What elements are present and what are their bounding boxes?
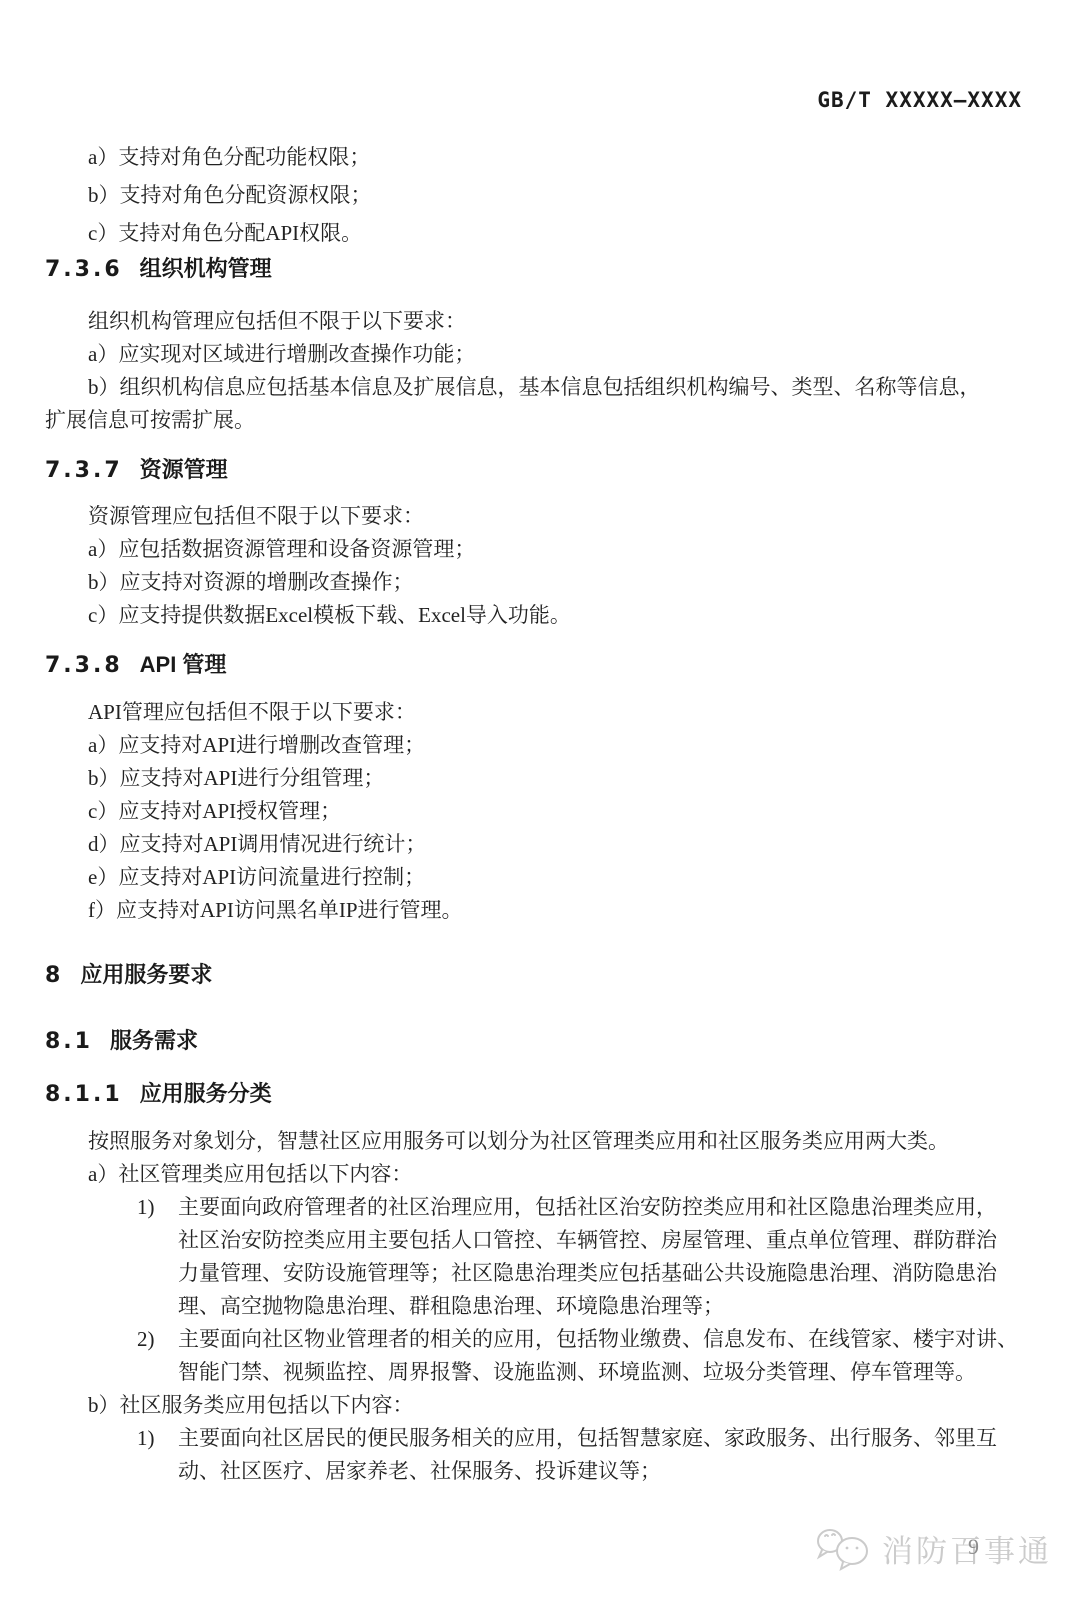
- section-heading-8: 8 应用服务要求: [45, 962, 1022, 989]
- doc-content: GB/T XXXXX—XXXX a）支持对角色分配功能权限； b）支持对角色分配…: [0, 0, 1080, 1488]
- section-body-8-1-1: 按照服务对象划分，智慧社区应用服务可以划分为社区管理类应用和社区服务类应用两大类…: [45, 1125, 1022, 1488]
- doc-header: GB/T XXXXX—XXXX: [45, 0, 1022, 112]
- list-item: b）组织机构信息应包括基本信息及扩展信息，基本信息包括组织机构编号、类型、名称等…: [45, 371, 1022, 404]
- doc-code: GB/T XXXXX—XXXX: [817, 88, 1022, 112]
- section-body-7-3-7: 资源管理应包括但不限于以下要求： a）应包括数据资源管理和设备资源管理； b）应…: [45, 500, 1022, 632]
- list-item-continuation: 扩展信息可按需扩展。: [45, 404, 1022, 437]
- list-item-line: 动、社区医疗、居家养老、社保服务、投诉建议等；: [178, 1455, 1022, 1488]
- nested-list-item: 1) 主要面向社区居民的便民服务相关的应用，包括智慧家庭、家政服务、出行服务、邻…: [45, 1422, 1022, 1488]
- list-item-line: 理、高空抛物隐患治理、群租隐患治理、环境隐患治理等；: [178, 1290, 1022, 1323]
- list-item: a）应实现对区域进行增删改查操作功能；: [45, 338, 1022, 371]
- section-number: 7.3.8: [45, 653, 123, 679]
- list-item: c）应支持提供数据Excel模板下载、Excel导入功能。: [45, 599, 1022, 632]
- section-heading-7-3-6: 7.3.6 组织机构管理: [45, 256, 1022, 283]
- list-item: d）应支持对API调用情况进行统计；: [45, 828, 1022, 861]
- list-item-line: 主要面向社区物业管理者的相关的应用，包括物业缴费、信息发布、在线管家、楼宇对讲、: [178, 1323, 1022, 1356]
- paragraph: API管理应包括但不限于以下要求：: [45, 696, 1022, 729]
- top-list: a）支持对角色分配功能权限； b）支持对角色分配资源权限； c）支持对角色分配A…: [45, 138, 1022, 252]
- list-item: b）支持对角色分配资源权限；: [45, 176, 1022, 214]
- document-page: GB/T XXXXX—XXXX a）支持对角色分配功能权限； b）支持对角色分配…: [0, 0, 1080, 1598]
- list-item: c）应支持对API授权管理；: [45, 795, 1022, 828]
- list-item-line: 智能门禁、视频监控、周界报警、设施监测、环境监测、垃圾分类管理、停车管理等。: [178, 1356, 1022, 1389]
- list-item-line: 主要面向政府管理者的社区治理应用，包括社区治安防控类应用和社区隐患治理类应用，: [178, 1191, 1022, 1224]
- list-marker: 2): [137, 1323, 155, 1356]
- nested-list-item: 1) 主要面向政府管理者的社区治理应用，包括社区治安防控类应用和社区隐患治理类应…: [45, 1191, 1022, 1323]
- section-title: API 管理: [140, 652, 227, 678]
- section-number: 8.1: [45, 1029, 93, 1055]
- list-item: a）支持对角色分配功能权限；: [45, 138, 1022, 176]
- section-number: 8: [45, 963, 63, 989]
- section-title: 组织机构管理: [140, 256, 272, 282]
- section-heading-8-1: 8.1 服务需求: [45, 1028, 1022, 1055]
- section-title: 应用服务分类: [140, 1081, 272, 1107]
- brand-watermark-text: 消防百事通: [882, 1526, 1052, 1571]
- list-item-line: 主要面向社区居民的便民服务相关的应用，包括智慧家庭、家政服务、出行服务、邻里互: [178, 1422, 1022, 1455]
- list-item: f）应支持对API访问黑名单IP进行管理。: [45, 894, 1022, 927]
- list-item: b）应支持对资源的增删改查操作；: [45, 566, 1022, 599]
- brand-watermark: 消防百事通: [815, 1524, 1052, 1572]
- section-title: 资源管理: [140, 457, 228, 483]
- section-number: 7.3.6: [45, 257, 123, 283]
- section-number: 8.1.1: [45, 1082, 123, 1108]
- list-marker: 1): [137, 1422, 155, 1455]
- paragraph: 按照服务对象划分，智慧社区应用服务可以划分为社区管理类应用和社区服务类应用两大类…: [45, 1125, 1022, 1158]
- list-item: a）应包括数据资源管理和设备资源管理；: [45, 533, 1022, 566]
- paragraph: 组织机构管理应包括但不限于以下要求：: [45, 305, 1022, 338]
- page-number: 9: [968, 1534, 979, 1560]
- list-item: b）社区服务类应用包括以下内容：: [45, 1389, 1022, 1422]
- list-marker: 1): [137, 1191, 155, 1224]
- section-heading-7-3-8: 7.3.8 API 管理: [45, 652, 1022, 679]
- list-item: b）应支持对API进行分组管理；: [45, 762, 1022, 795]
- section-body-7-3-6: 组织机构管理应包括但不限于以下要求： a）应实现对区域进行增删改查操作功能； b…: [45, 305, 1022, 437]
- nested-list-item: 2) 主要面向社区物业管理者的相关的应用，包括物业缴费、信息发布、在线管家、楼宇…: [45, 1323, 1022, 1389]
- list-item: e）应支持对API访问流量进行控制；: [45, 861, 1022, 894]
- section-heading-8-1-1: 8.1.1 应用服务分类: [45, 1081, 1022, 1108]
- chat-bubbles-logo-icon: [815, 1524, 873, 1572]
- section-body-7-3-8: API管理应包括但不限于以下要求： a）应支持对API进行增删改查管理； b）应…: [45, 696, 1022, 927]
- list-item: a）应支持对API进行增删改查管理；: [45, 729, 1022, 762]
- list-item-line: 力量管理、安防设施管理等；社区隐患治理类应包括基础公共设施隐患治理、消防隐患治: [178, 1257, 1022, 1290]
- paragraph: 资源管理应包括但不限于以下要求：: [45, 500, 1022, 533]
- list-item: a）社区管理类应用包括以下内容：: [45, 1158, 1022, 1191]
- list-item-line: 社区治安防控类应用主要包括人口管控、车辆管控、房屋管理、重点单位管理、群防群治: [178, 1224, 1022, 1257]
- section-title: 应用服务要求: [80, 962, 212, 988]
- section-title: 服务需求: [110, 1028, 198, 1054]
- section-heading-7-3-7: 7.3.7 资源管理: [45, 457, 1022, 484]
- list-item: c）支持对角色分配API权限。: [45, 214, 1022, 252]
- section-number: 7.3.7: [45, 458, 123, 484]
